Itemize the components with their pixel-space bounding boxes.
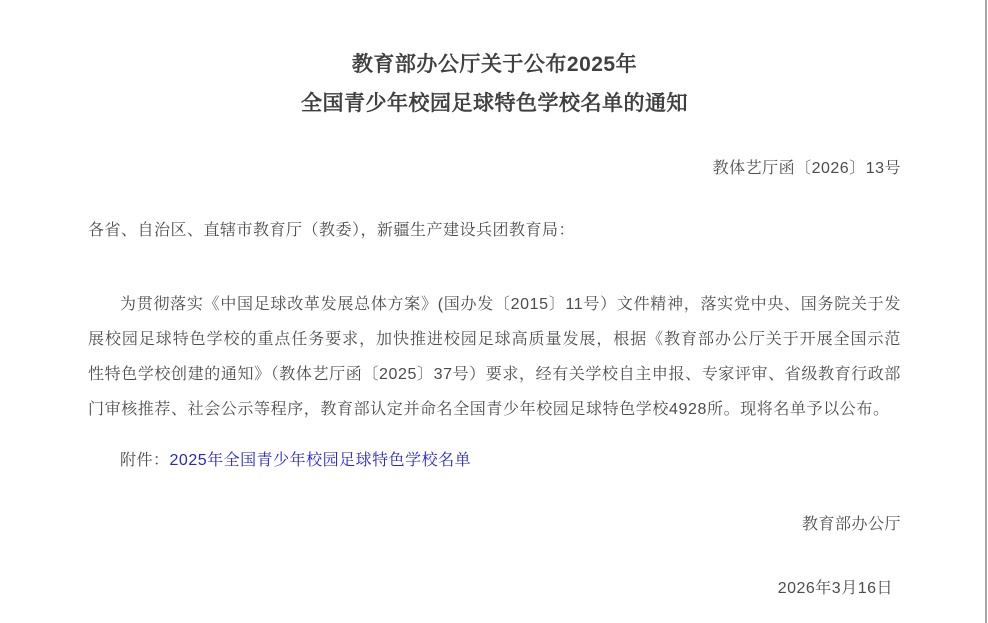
body-paragraph: 为贯彻落实《中国足球改革发展总体方案》(国办发〔2015〕11号）文件精神，落实… (88, 287, 901, 427)
document-title: 教育部办公厅关于公布2025年 全国青少年校园足球特色学校名单的通知 (88, 45, 901, 123)
document-date: 2026年3月16日 (88, 579, 901, 599)
notice-content: 教育部办公厅关于公布2025年 全国青少年校园足球特色学校名单的通知 教体艺厅函… (88, 0, 901, 599)
notice-page: 教育部办公厅关于公布2025年 全国青少年校园足球特色学校名单的通知 教体艺厅函… (0, 0, 988, 623)
issuing-office-signature: 教育部办公厅 (88, 515, 901, 535)
document-title-line1: 教育部办公厅关于公布2025年 (352, 53, 637, 76)
document-number: 教体艺厅函〔2026〕13号 (88, 159, 901, 179)
attachment-link[interactable]: 2025年全国青少年校园足球特色学校名单 (170, 452, 472, 469)
document-title-line2: 全国青少年校园足球特色学校名单的通知 (301, 92, 688, 115)
right-edge-divider (985, 0, 987, 623)
attachment-line: 附件：2025年全国青少年校园足球特色学校名单 (88, 451, 901, 471)
attachment-label: 附件： (120, 452, 170, 469)
salutation: 各省、自治区、直辖市教育厅（教委），新疆生产建设兵团教育局： (88, 221, 901, 241)
